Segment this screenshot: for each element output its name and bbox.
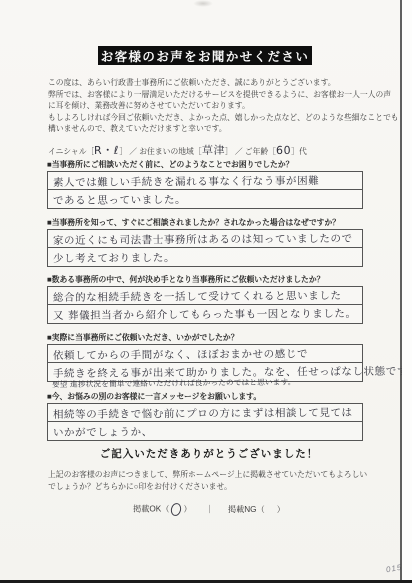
- bracket: ］: [291, 147, 299, 156]
- paren: ）: [277, 505, 285, 514]
- answer-line: 相続等の手続きで悩む前にプロの方にまずは相談して見ては: [48, 404, 362, 422]
- answer-line: 少し考えておりました。: [48, 248, 362, 266]
- handwritten-text: 要望 進捗状況を簡単で連絡いただければ良かったのではと思います。: [52, 376, 296, 390]
- question-4-margin-note: 要望 進捗状況を簡単で連絡いただければ良かったのではと思います。: [52, 379, 402, 390]
- question-2-answer-box: 家の近くにも司法書士事務所はあるのは知っていましたので 少し考えておりました。: [47, 229, 363, 267]
- scan-right-edge-shadow: [400, 0, 402, 583]
- scan-right-margin: [402, 0, 412, 583]
- region-value-handwritten: 草津: [202, 142, 225, 158]
- handwritten-text: 総合的な相続手続きを一括して受けてくれると思いました: [53, 288, 342, 307]
- divider-bar: ｜: [206, 504, 214, 515]
- separator: ／: [129, 147, 137, 156]
- consent-paragraph: 上記のお客様のお声につきまして、弊所ホームページ上に掲載させていただいてもよろし…: [48, 469, 374, 492]
- handwritten-text: であると思っていました。: [53, 192, 186, 210]
- bracket: ］: [225, 147, 233, 156]
- intro-line: 弊所では、お客様により一層満足いただけるサービスを提供できるように、お客様お一人…: [48, 89, 378, 101]
- age-value-handwritten: 60: [276, 144, 291, 157]
- question-4-answer-box: 依頼してからの手間がなく、ほぼおまかせの感じで 手続きを終える事が出来て助かりま…: [47, 344, 363, 382]
- paren: ）: [183, 505, 191, 514]
- handwritten-text: 家の近くにも司法書士事務所はあるのは知っていましたので: [53, 231, 353, 250]
- handwritten-text: 依頼してからの手間がなく、ほぼおまかせの感じで: [53, 346, 308, 365]
- region-label: お住まいの地域: [139, 147, 194, 156]
- handwritten-text: 相続等の手続きで悩む前にプロの方にまずは相談して見ては: [53, 405, 353, 424]
- publish-ng-label: 掲載NG: [228, 505, 257, 514]
- answer-line: いかがでしょうか、: [48, 422, 362, 440]
- question-4-label: ■実際に当事務所にご依頼いただき、いかがでしたか？: [47, 332, 387, 343]
- bracket: ［: [194, 147, 202, 156]
- bracket: ］: [119, 147, 127, 156]
- page-title: お客様のお声をお聞かせください: [101, 47, 310, 65]
- bracket: ［: [268, 147, 276, 156]
- question-3-label: ■数ある事務所の中で、何が決め手となり当事務所にご依頼いただけましたか？: [47, 274, 387, 285]
- initials-value-handwritten: R・ℓ: [94, 142, 119, 158]
- question-1-label: ■当事務所にご相談いただく前に、どのようなことでお困りでしたか？: [47, 159, 387, 170]
- publish-ng-option: 掲載NG（）: [228, 504, 285, 515]
- question-5-label: ■今、お悩みの別のお客様に一言メッセージをお願いします。: [47, 391, 387, 402]
- intro-line: 構いませんので、教えていただけますと幸いです。: [48, 123, 378, 135]
- question-2-label: ■当事務所を知って、すぐにご相談されましたか？されなかった場合はなぜですか？: [47, 217, 387, 228]
- scanned-feedback-form: お客様のお声をお聞かせください この度は、あらい行政書士事務所にご依頼いただき、…: [0, 0, 412, 583]
- initials-label: イニシャル: [48, 147, 87, 156]
- age-label: ご年齢: [245, 147, 268, 156]
- intro-line: に耳を傾け、業務改善に努めさせていただいております。: [48, 100, 378, 112]
- scan-smudge-artifact: [193, 0, 213, 7]
- publish-ok-handwritten-mark: [170, 502, 183, 517]
- handwritten-text: 少し考えておりました。: [53, 250, 175, 268]
- handwritten-text: いかがでしょうか、: [53, 424, 153, 442]
- respondent-meta-row: イニシャル［R・ℓ］ ／ お住まいの地域［草津］ ／ ご年齢［60］代: [48, 142, 378, 158]
- intro-paragraph: この度は、あらい行政書士事務所にご依頼いただき、誠にありがとうございます。 弊所…: [48, 77, 378, 135]
- question-3-answer-box: 総合的な相続手続きを一括して受けてくれると思いました 又 葬儀担当者から紹介して…: [47, 286, 363, 324]
- form-title-bar: お客様のお声をお聞かせください: [98, 46, 312, 65]
- publish-ok-option: 掲載OK（）: [133, 503, 192, 516]
- paren: （: [161, 505, 169, 514]
- answer-line: 家の近くにも司法書士事務所はあるのは知っていましたので: [48, 230, 362, 248]
- publish-ok-label: 掲載OK: [133, 505, 161, 514]
- paren: （: [257, 505, 265, 514]
- question-5-answer-box: 相続等の手続きで悩む前にプロの方にまずは相談して見ては いかがでしょうか、: [47, 403, 363, 441]
- publish-consent-row: 掲載OK（） ｜ 掲載NG（）: [48, 503, 370, 516]
- answer-line: 素人では難しい手続きを漏れる事なく行なう事が困難: [48, 172, 362, 190]
- thanks-message: ご記入いただきありがとうございました！: [48, 446, 370, 461]
- intro-line: もしよろしければ今回ご依頼いただき、よかった点、嬉しかった点など、どのような些細…: [48, 112, 378, 124]
- separator: ／: [235, 147, 243, 156]
- answer-line: であると思っていました。: [48, 190, 362, 208]
- answer-line: 又 葬儀担当者から紹介してもらった事も一因となりました。: [48, 305, 362, 323]
- answer-line: 総合的な相続手続きを一括して受けてくれると思いました: [48, 287, 362, 305]
- handwritten-text: 素人では難しい手続きを漏れる事なく行なう事が困難: [53, 173, 320, 192]
- answer-line: 依頼してからの手間がなく、ほぼおまかせの感じで: [48, 345, 362, 363]
- age-suffix: 代: [299, 147, 307, 156]
- question-1-answer-box: 素人では難しい手続きを漏れる事なく行なう事が困難 であると思っていました。: [47, 171, 363, 209]
- intro-line: この度は、あらい行政書士事務所にご依頼いただき、誠にありがとうございます。: [48, 77, 378, 89]
- handwritten-text: 又 葬儀担当者から紹介してもらった事も一因となりました。: [53, 306, 357, 325]
